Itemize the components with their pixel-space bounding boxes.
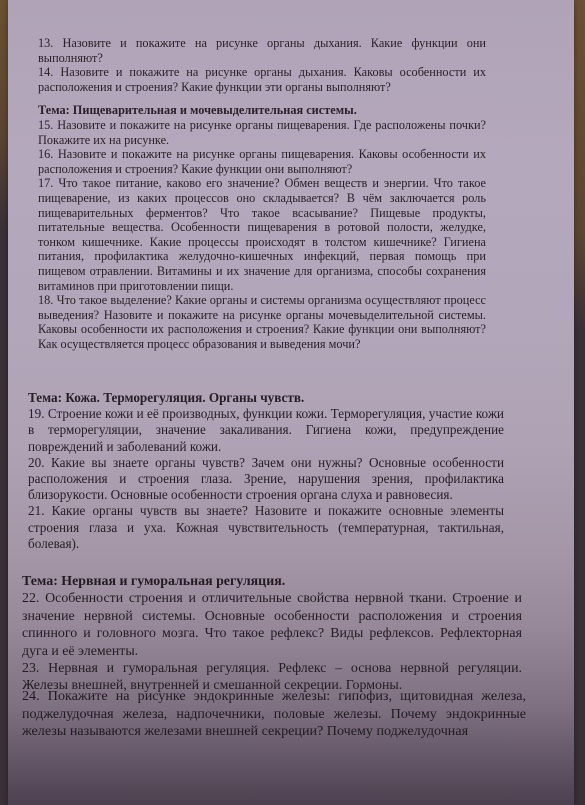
question-24: 24. Покажите на рисунке эндокринные желе…	[22, 688, 526, 741]
item-text: Назовите и покажите на рисунке органы пи…	[38, 118, 486, 147]
item-number: 23.	[22, 661, 39, 676]
item-number: 21.	[28, 503, 44, 518]
item-text: Строение кожи и её производных, функции …	[28, 406, 504, 453]
topic-heading-nervous: Тема: Нервная и гуморальная регуляция.	[22, 573, 522, 590]
question-21: 21. Какие органы чувств вы знаете? Назов…	[28, 503, 504, 552]
item-text: Что такое выделение? Какие органы и сист…	[38, 293, 486, 351]
item-number: 19.	[28, 406, 44, 421]
question-15: 15. Назовите и покажите на рисунке орган…	[38, 118, 486, 147]
question-13: 13. Назовите и покажите на рисунке орган…	[38, 36, 486, 65]
item-number: 14.	[38, 65, 53, 79]
item-text: Особенности строения и отличительные сво…	[22, 591, 522, 658]
topic-heading-skin: Тема: Кожа. Терморегуляция. Органы чувст…	[28, 390, 504, 406]
question-14: 14. Назовите и покажите на рисунке орган…	[38, 65, 486, 94]
item-number: 15.	[38, 118, 53, 132]
question-18: 18. Что такое выделение? Какие органы и …	[38, 293, 486, 351]
item-text: Что такое питание, каково его значение? …	[38, 176, 486, 292]
item-text: Какие вы знаете органы чувств? Зачем они…	[28, 455, 504, 502]
section-respiratory: 13. Назовите и покажите на рисунке орган…	[38, 36, 486, 351]
item-number: 22.	[22, 591, 39, 606]
item-number: 20.	[28, 455, 44, 470]
item-number: 16.	[38, 147, 53, 161]
item-number: 24.	[22, 688, 40, 704]
item-text: Назовите и покажите на рисунке органы ды…	[38, 65, 486, 94]
section-skin-senses: Тема: Кожа. Терморегуляция. Органы чувст…	[28, 390, 504, 552]
question-16: 16. Назовите и покажите на рисунке орган…	[38, 147, 486, 176]
section-nervous: Тема: Нервная и гуморальная регуляция. 2…	[22, 573, 522, 695]
question-17: 17. Что такое питание, каково его значен…	[38, 176, 486, 293]
question-22: 22. Особенности строения и отличительные…	[22, 590, 522, 660]
item-text: Какие органы чувств вы знаете? Назовите …	[28, 503, 504, 550]
document-page: 13. Назовите и покажите на рисунке орган…	[8, 0, 574, 805]
section-endocrine: 24. Покажите на рисунке эндокринные желе…	[22, 688, 526, 741]
item-number: 17.	[38, 176, 53, 190]
question-19: 19. Строение кожи и её производных, функ…	[28, 406, 504, 455]
item-text: Покажите на рисунке эндокринные железы: …	[22, 688, 526, 739]
item-text: Назовите и покажите на рисунке органы пи…	[38, 147, 486, 176]
item-number: 18.	[38, 293, 53, 307]
item-number: 13.	[38, 36, 53, 50]
item-text: Назовите и покажите на рисунке органы ды…	[38, 36, 486, 65]
question-20: 20. Какие вы знаете органы чувств? Зачем…	[28, 455, 504, 504]
topic-heading-digestive: Тема: Пищеварительная и мочевыделительна…	[38, 103, 486, 118]
